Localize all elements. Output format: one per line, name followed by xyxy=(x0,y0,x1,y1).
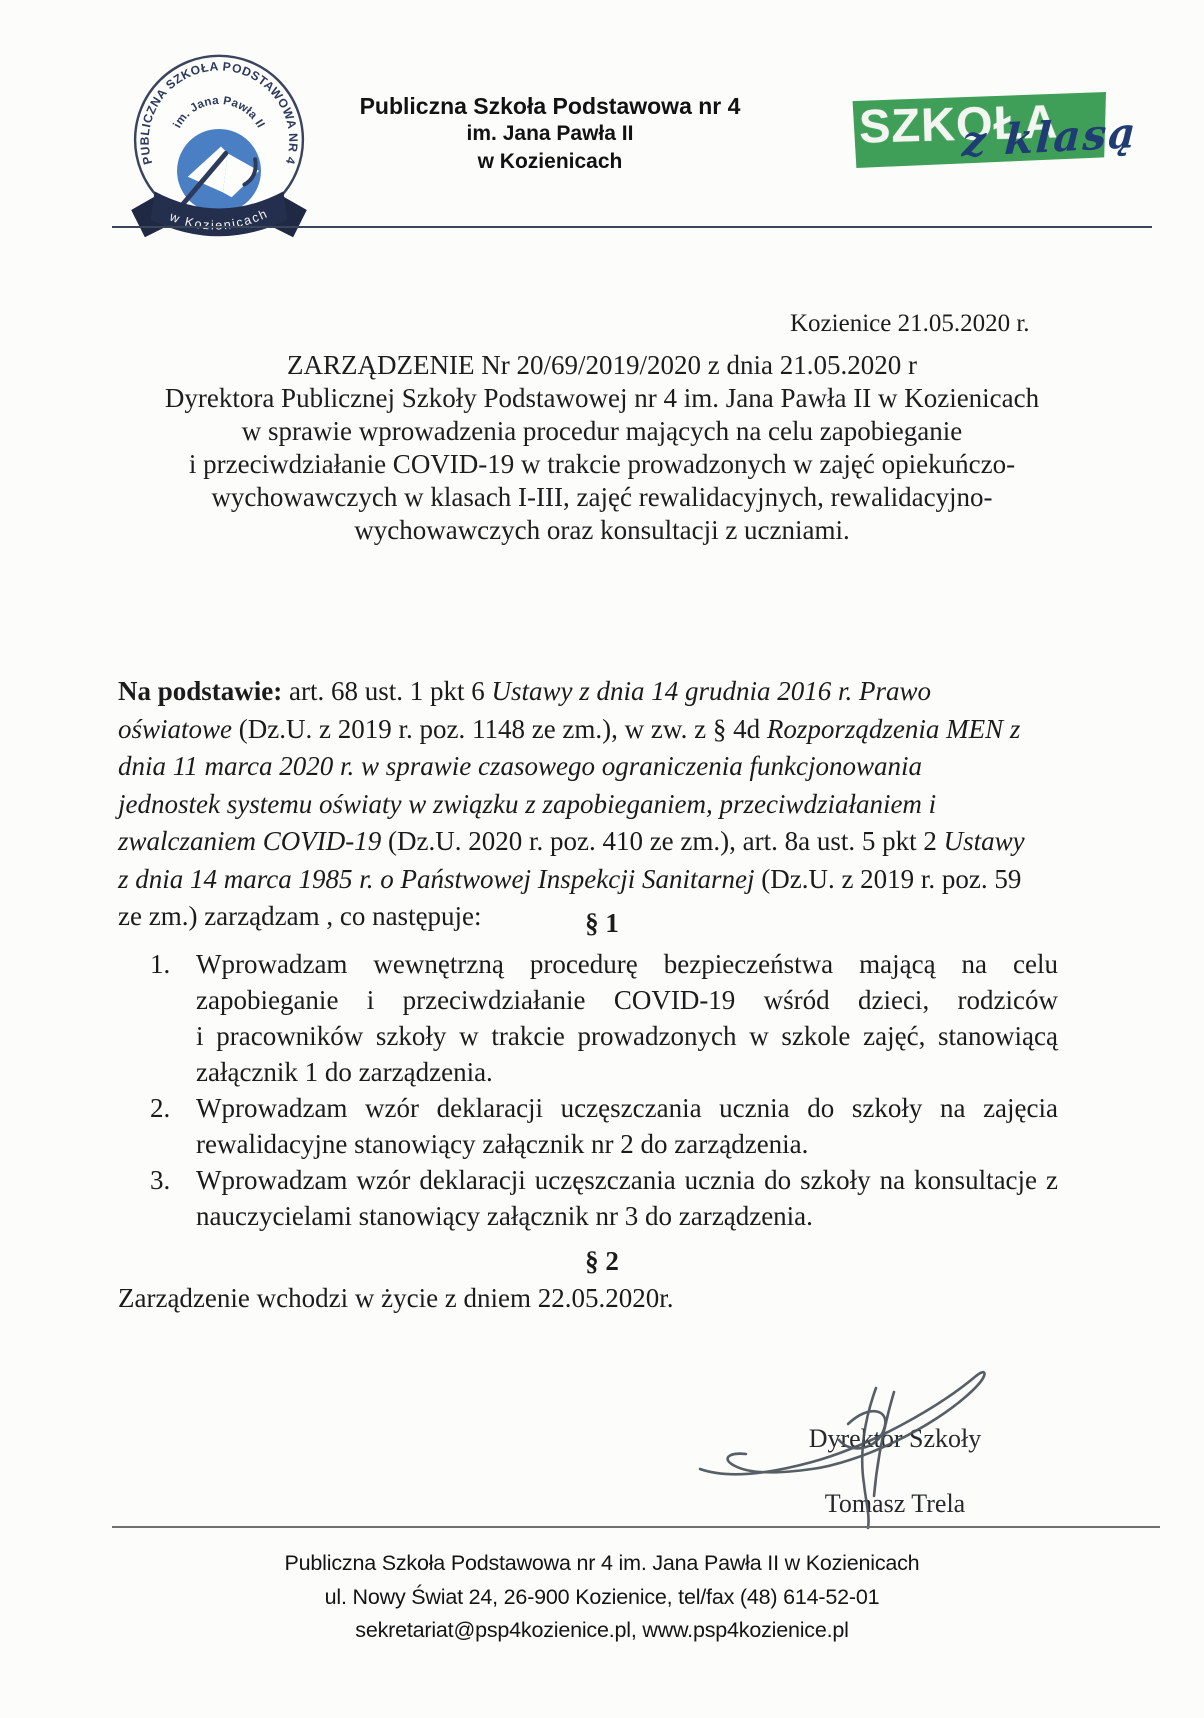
school-name-line3: w Kozienicach xyxy=(300,148,800,176)
school-name-line1: Publiczna Szkoła Podstawowa nr 4 xyxy=(300,92,800,120)
scanned-document-page: PUBLICZNA SZKOŁA PODSTAWOWA NR 4 im. Jan… xyxy=(0,0,1204,1718)
footer-contact-block: Publiczna Szkoła Podstawowa nr 4 im. Jan… xyxy=(152,1547,1052,1648)
place-and-date: Kozienice 21.05.2020 r. xyxy=(790,310,1030,338)
title-line-3: w sprawie wprowadzenia procedur mających… xyxy=(100,415,1104,448)
legal-basis-segment: (Dz.U. z 2019 r. poz. 1148 ze zm.), w zw… xyxy=(232,714,767,744)
legal-basis-segment: art. 68 ust. 1 pkt 6 xyxy=(282,676,491,706)
title-line-1: ZARZĄDZENIE Nr 20/69/2019/2020 z dnia 21… xyxy=(100,349,1104,382)
crest-book-emblem xyxy=(177,129,261,213)
legal-basis-segment: (Dz.U. 2020 r. poz. 410 ze zm.), art. 8a… xyxy=(381,826,943,856)
badge-handwritten-text: z klasą xyxy=(961,107,1163,167)
list-item-text: Wprowadzam wzór deklaracji uczęszczania … xyxy=(196,1090,1058,1162)
school-crest-logo: PUBLICZNA SZKOŁA PODSTAWOWA NR 4 im. Jan… xyxy=(124,48,314,248)
list-item-number: 2. xyxy=(150,1090,196,1126)
section-1-ordered-list: 1. Wprowadzam wewnętrzną procedurę bezpi… xyxy=(150,946,1086,1234)
list-item: 3. Wprowadzam wzór deklaracji uczęszczan… xyxy=(150,1162,1086,1234)
handwritten-signature xyxy=(688,1366,1000,1534)
title-line-2: Dyrektora Publicznej Szkoły Podstawowej … xyxy=(100,382,1104,415)
list-item-number: 3. xyxy=(150,1162,196,1198)
section-2-body: Zarządzenie wchodzi w życie z dniem 22.0… xyxy=(118,1283,674,1314)
legal-basis-segment: Na podstawie: xyxy=(118,676,282,706)
legal-basis-paragraph: Na podstawie: art. 68 ust. 1 pkt 6 Ustaw… xyxy=(118,673,1030,936)
list-item-number: 1. xyxy=(150,946,196,982)
document-title: ZARZĄDZENIE Nr 20/69/2019/2020 z dnia 21… xyxy=(100,349,1104,547)
title-line-5: wychowawczych w klasach I-III, zajęć rew… xyxy=(100,481,1104,514)
title-line-6: wychowawczych oraz konsultacji z uczniam… xyxy=(100,514,1104,547)
school-name-header: Publiczna Szkoła Podstawowa nr 4 im. Jan… xyxy=(300,92,800,176)
school-name-line2: im. Jana Pawła II xyxy=(300,120,800,148)
list-item: 1. Wprowadzam wewnętrzną procedurę bezpi… xyxy=(150,946,1086,1090)
list-item-text: Wprowadzam wewnętrzną procedurę bezpiecz… xyxy=(196,946,1058,1090)
section-1-heading: § 1 xyxy=(100,908,1104,939)
title-line-4: i przeciwdziałanie COVID-19 w trakcie pr… xyxy=(100,448,1104,481)
list-item: 2. Wprowadzam wzór deklaracji uczęszczan… xyxy=(150,1090,1086,1162)
section-2-heading: § 2 xyxy=(100,1246,1104,1277)
list-item-text: Wprowadzam wzór deklaracji uczęszczania … xyxy=(196,1162,1058,1234)
footer-email-website-line: sekretariat@psp4kozienice.pl, www.psp4ko… xyxy=(152,1614,1052,1648)
footer-school-line: Publiczna Szkoła Podstawowa nr 4 im. Jan… xyxy=(152,1547,1052,1581)
footer-address-line: ul. Nowy Świat 24, 26-900 Kozienice, tel… xyxy=(152,1581,1052,1615)
footer-divider-line xyxy=(112,1526,1160,1528)
szkola-z-klasa-badge: SZKOŁA z klasą xyxy=(850,86,1150,196)
header-divider-line xyxy=(112,226,1152,228)
